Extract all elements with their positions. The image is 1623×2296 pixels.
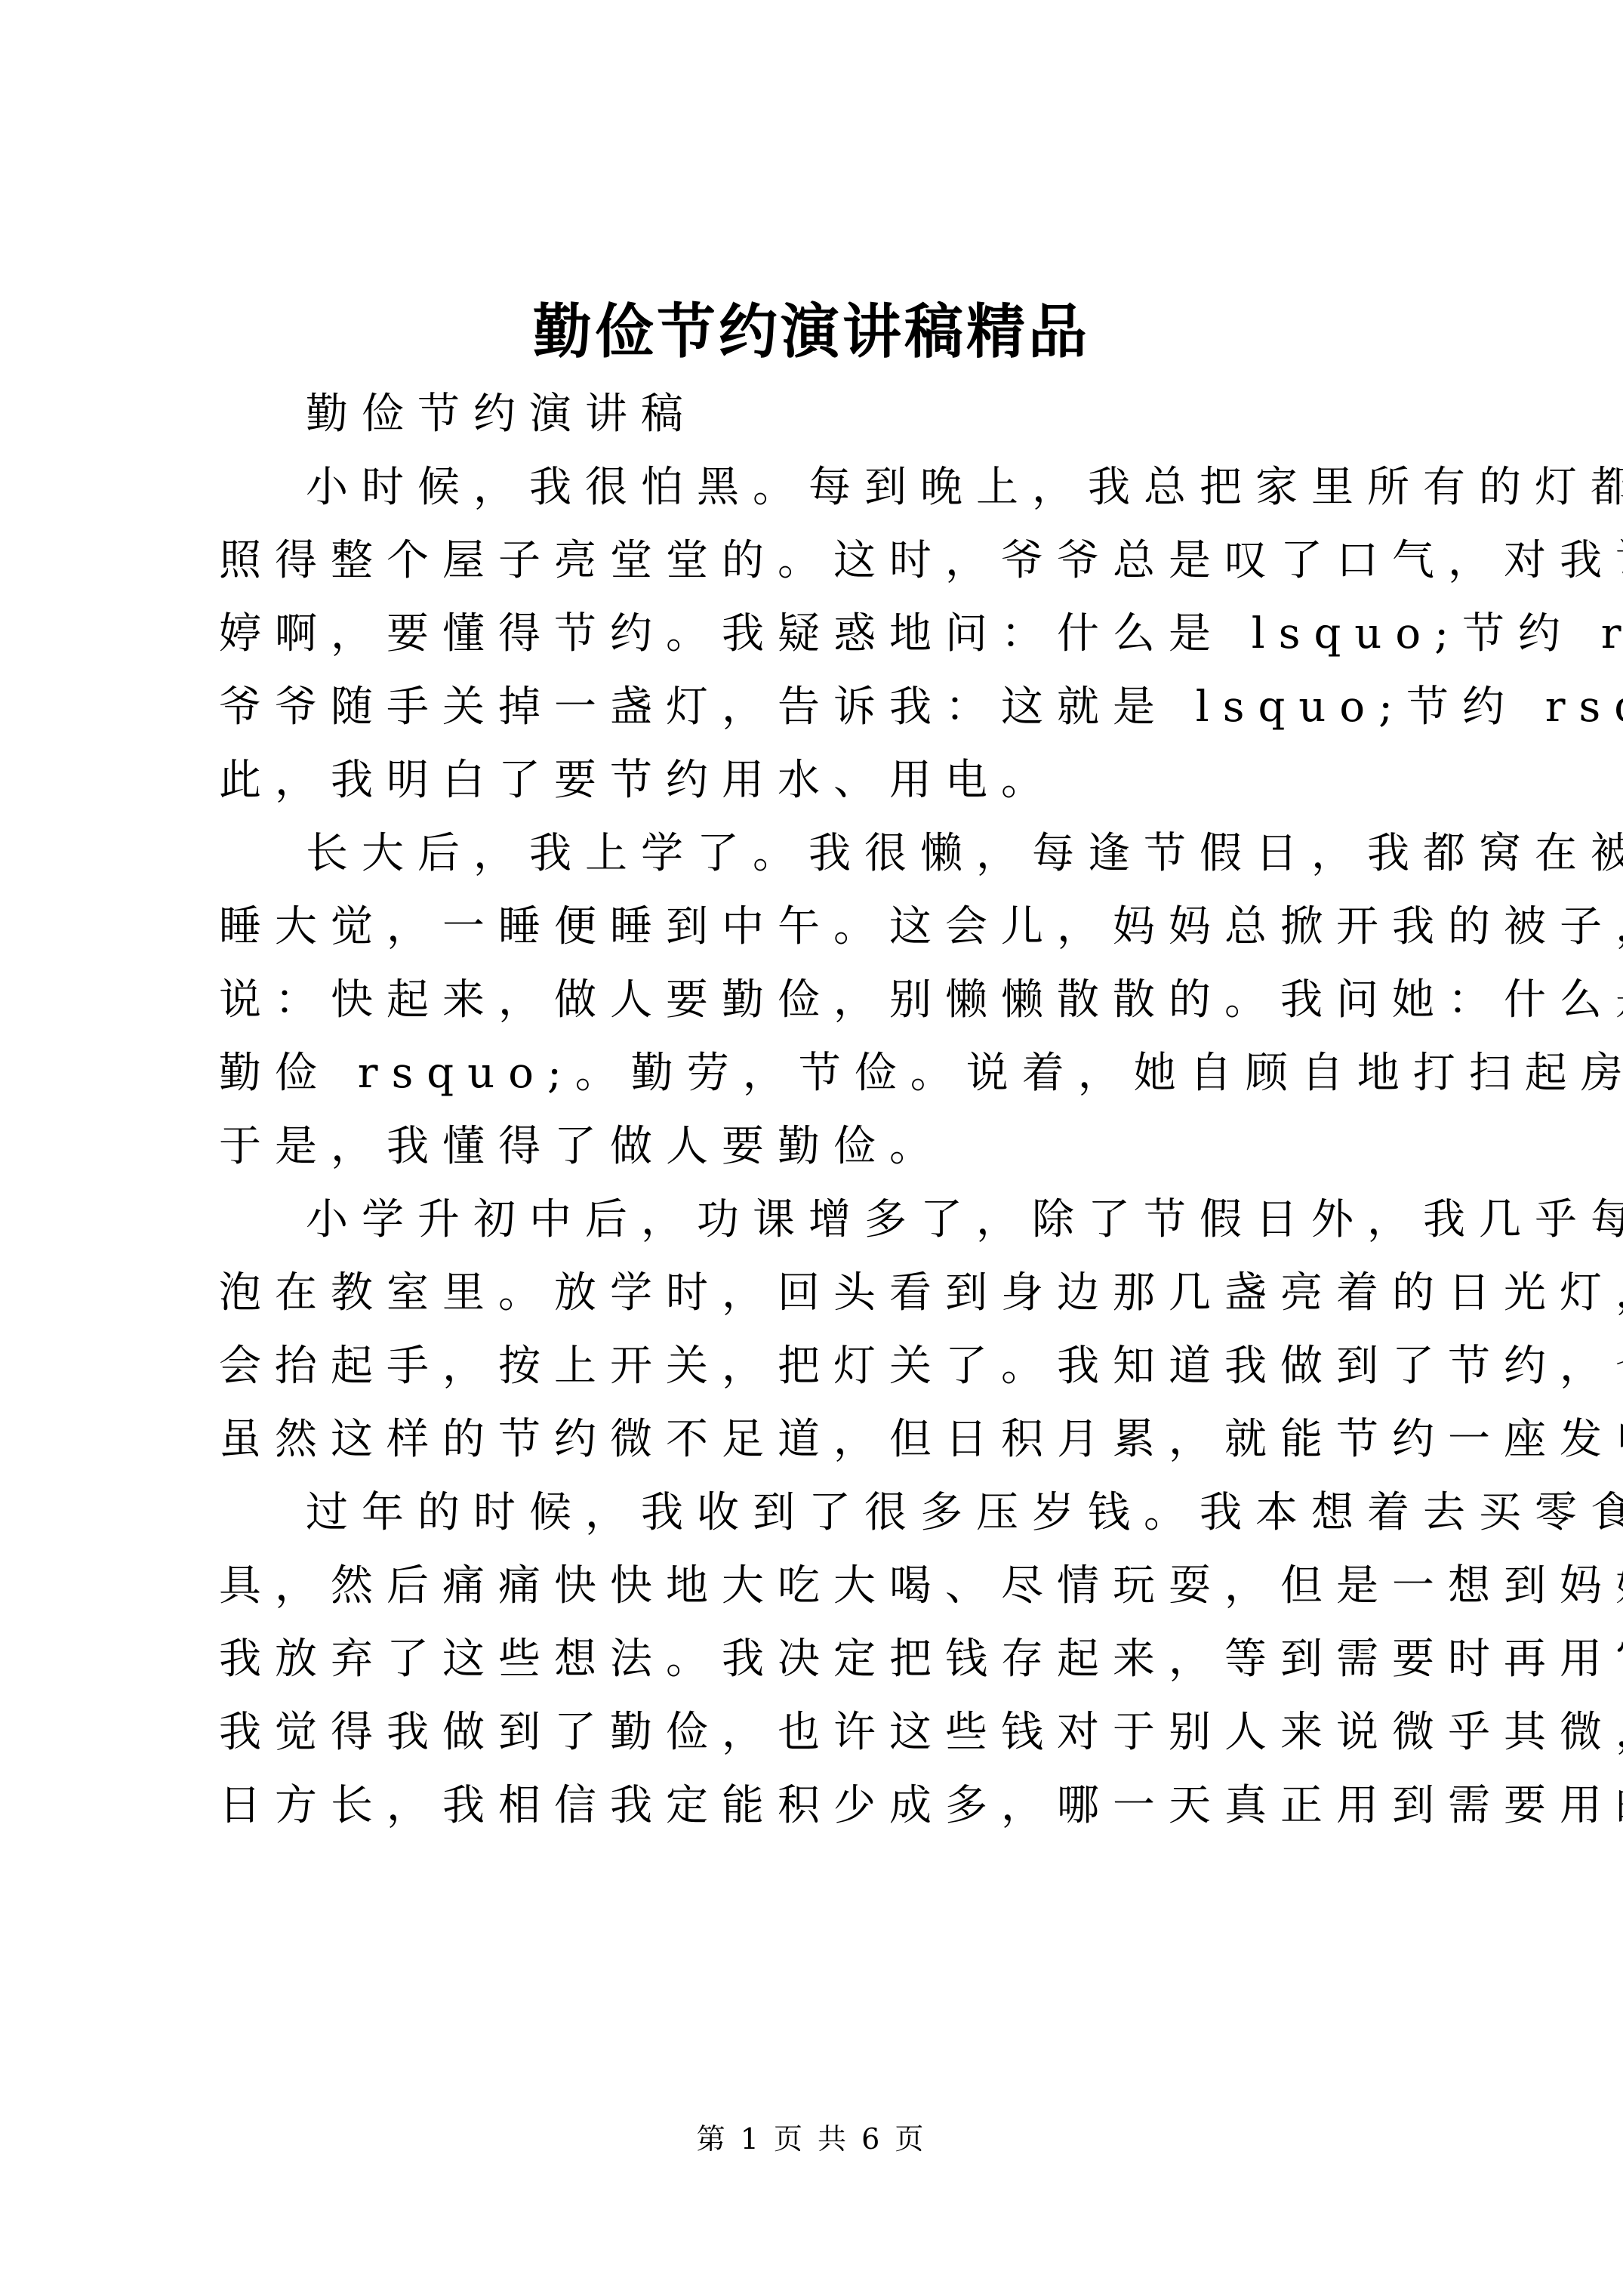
paragraph-line: 睡大觉，一睡便睡到中午。这会儿，妈妈总掀开我的被子，对我 (219, 890, 1464, 963)
paragraph-1: 小时候，我很怕黑。每到晚上，我总把家里所有的灯都打开， 照得整个屋子亮堂堂的。这… (219, 451, 1464, 817)
page-number-footer: 第 1 页 共 6 页 (0, 2120, 1623, 2158)
paragraph-line: 长大后，我上学了。我很懒，每逢节假日，我都窝在被窝里 (219, 817, 1464, 890)
paragraph-line: 日方长，我相信我定能积少成多，哪一天真正用到需要用的地方。 (219, 1769, 1464, 1842)
paragraph-line: 婷啊，要懂得节约。我疑惑地问：什么是 lsquo;节约 rsquo;。 (219, 597, 1464, 670)
paragraph-line: 爷爷随手关掉一盏灯，告诉我：这就是 lsquo;节约 rsquo;。从 (219, 670, 1464, 744)
paragraph-4: 过年的时候，我收到了很多压岁钱。我本想着去买零食、玩 具，然后痛痛快快地大吃大喝… (219, 1476, 1464, 1842)
paragraph-line: 我放弃了这些想法。我决定把钱存起来，等到需要时再用它们。 (219, 1623, 1464, 1696)
paragraph-line: 泡在教室里。放学时，回头看到身边那几盏亮着的日光灯，我总 (219, 1256, 1464, 1330)
paragraph-line: 虽然这样的节约微不足道，但日积月累，就能节约一座发电站。 (219, 1403, 1464, 1476)
paragraph-line: 照得整个屋子亮堂堂的。这时，爷爷总是叹了口气，对我说：婷 (219, 524, 1464, 597)
subheading: 勤俭节约演讲稿 (219, 378, 1464, 451)
paragraph-line: 说：快起来，做人要勤俭，别懒懒散散的。我问她：什么是 lsquo; (219, 963, 1464, 1037)
paragraph-3: 小学升初中后，功课增多了，除了节假日外，我几乎每天都 泡在教室里。放学时，回头看… (219, 1183, 1464, 1476)
paragraph-line: 具，然后痛痛快快地大吃大喝、尽情玩耍，但是一想到妈妈的话， (219, 1549, 1464, 1623)
paragraph-line: 我觉得我做到了勤俭，也许这些钱对于别人来说微乎其微，但来 (219, 1696, 1464, 1769)
paragraph-line: 于是，我懂得了做人要勤俭。 (219, 1110, 1464, 1183)
document-body: 勤俭节约演讲稿 小时候，我很怕黑。每到晚上，我总把家里所有的灯都打开， 照得整个… (219, 378, 1464, 1842)
paragraph-line: 会抬起手，按上开关，把灯关了。我知道我做到了节约，也知道 (219, 1330, 1464, 1403)
paragraph-2: 长大后，我上学了。我很懒，每逢节假日，我都窝在被窝里 睡大觉，一睡便睡到中午。这… (219, 817, 1464, 1183)
paragraph-line: 勤俭 rsquo;。勤劳，节俭。说着，她自顾自地打扫起房间来。 (219, 1037, 1464, 1110)
paragraph-line: 小学升初中后，功课增多了，除了节假日外，我几乎每天都 (219, 1183, 1464, 1256)
document-title: 勤俭节约演讲稿精品 (0, 291, 1623, 374)
paragraph-line: 过年的时候，我收到了很多压岁钱。我本想着去买零食、玩 (219, 1476, 1464, 1549)
paragraph-line: 小时候，我很怕黑。每到晚上，我总把家里所有的灯都打开， (219, 451, 1464, 524)
paragraph-line: 此，我明白了要节约用水、用电。 (219, 744, 1464, 817)
document-page: 勤俭节约演讲稿精品 勤俭节约演讲稿 小时候，我很怕黑。每到晚上，我总把家里所有的… (0, 0, 1623, 2296)
